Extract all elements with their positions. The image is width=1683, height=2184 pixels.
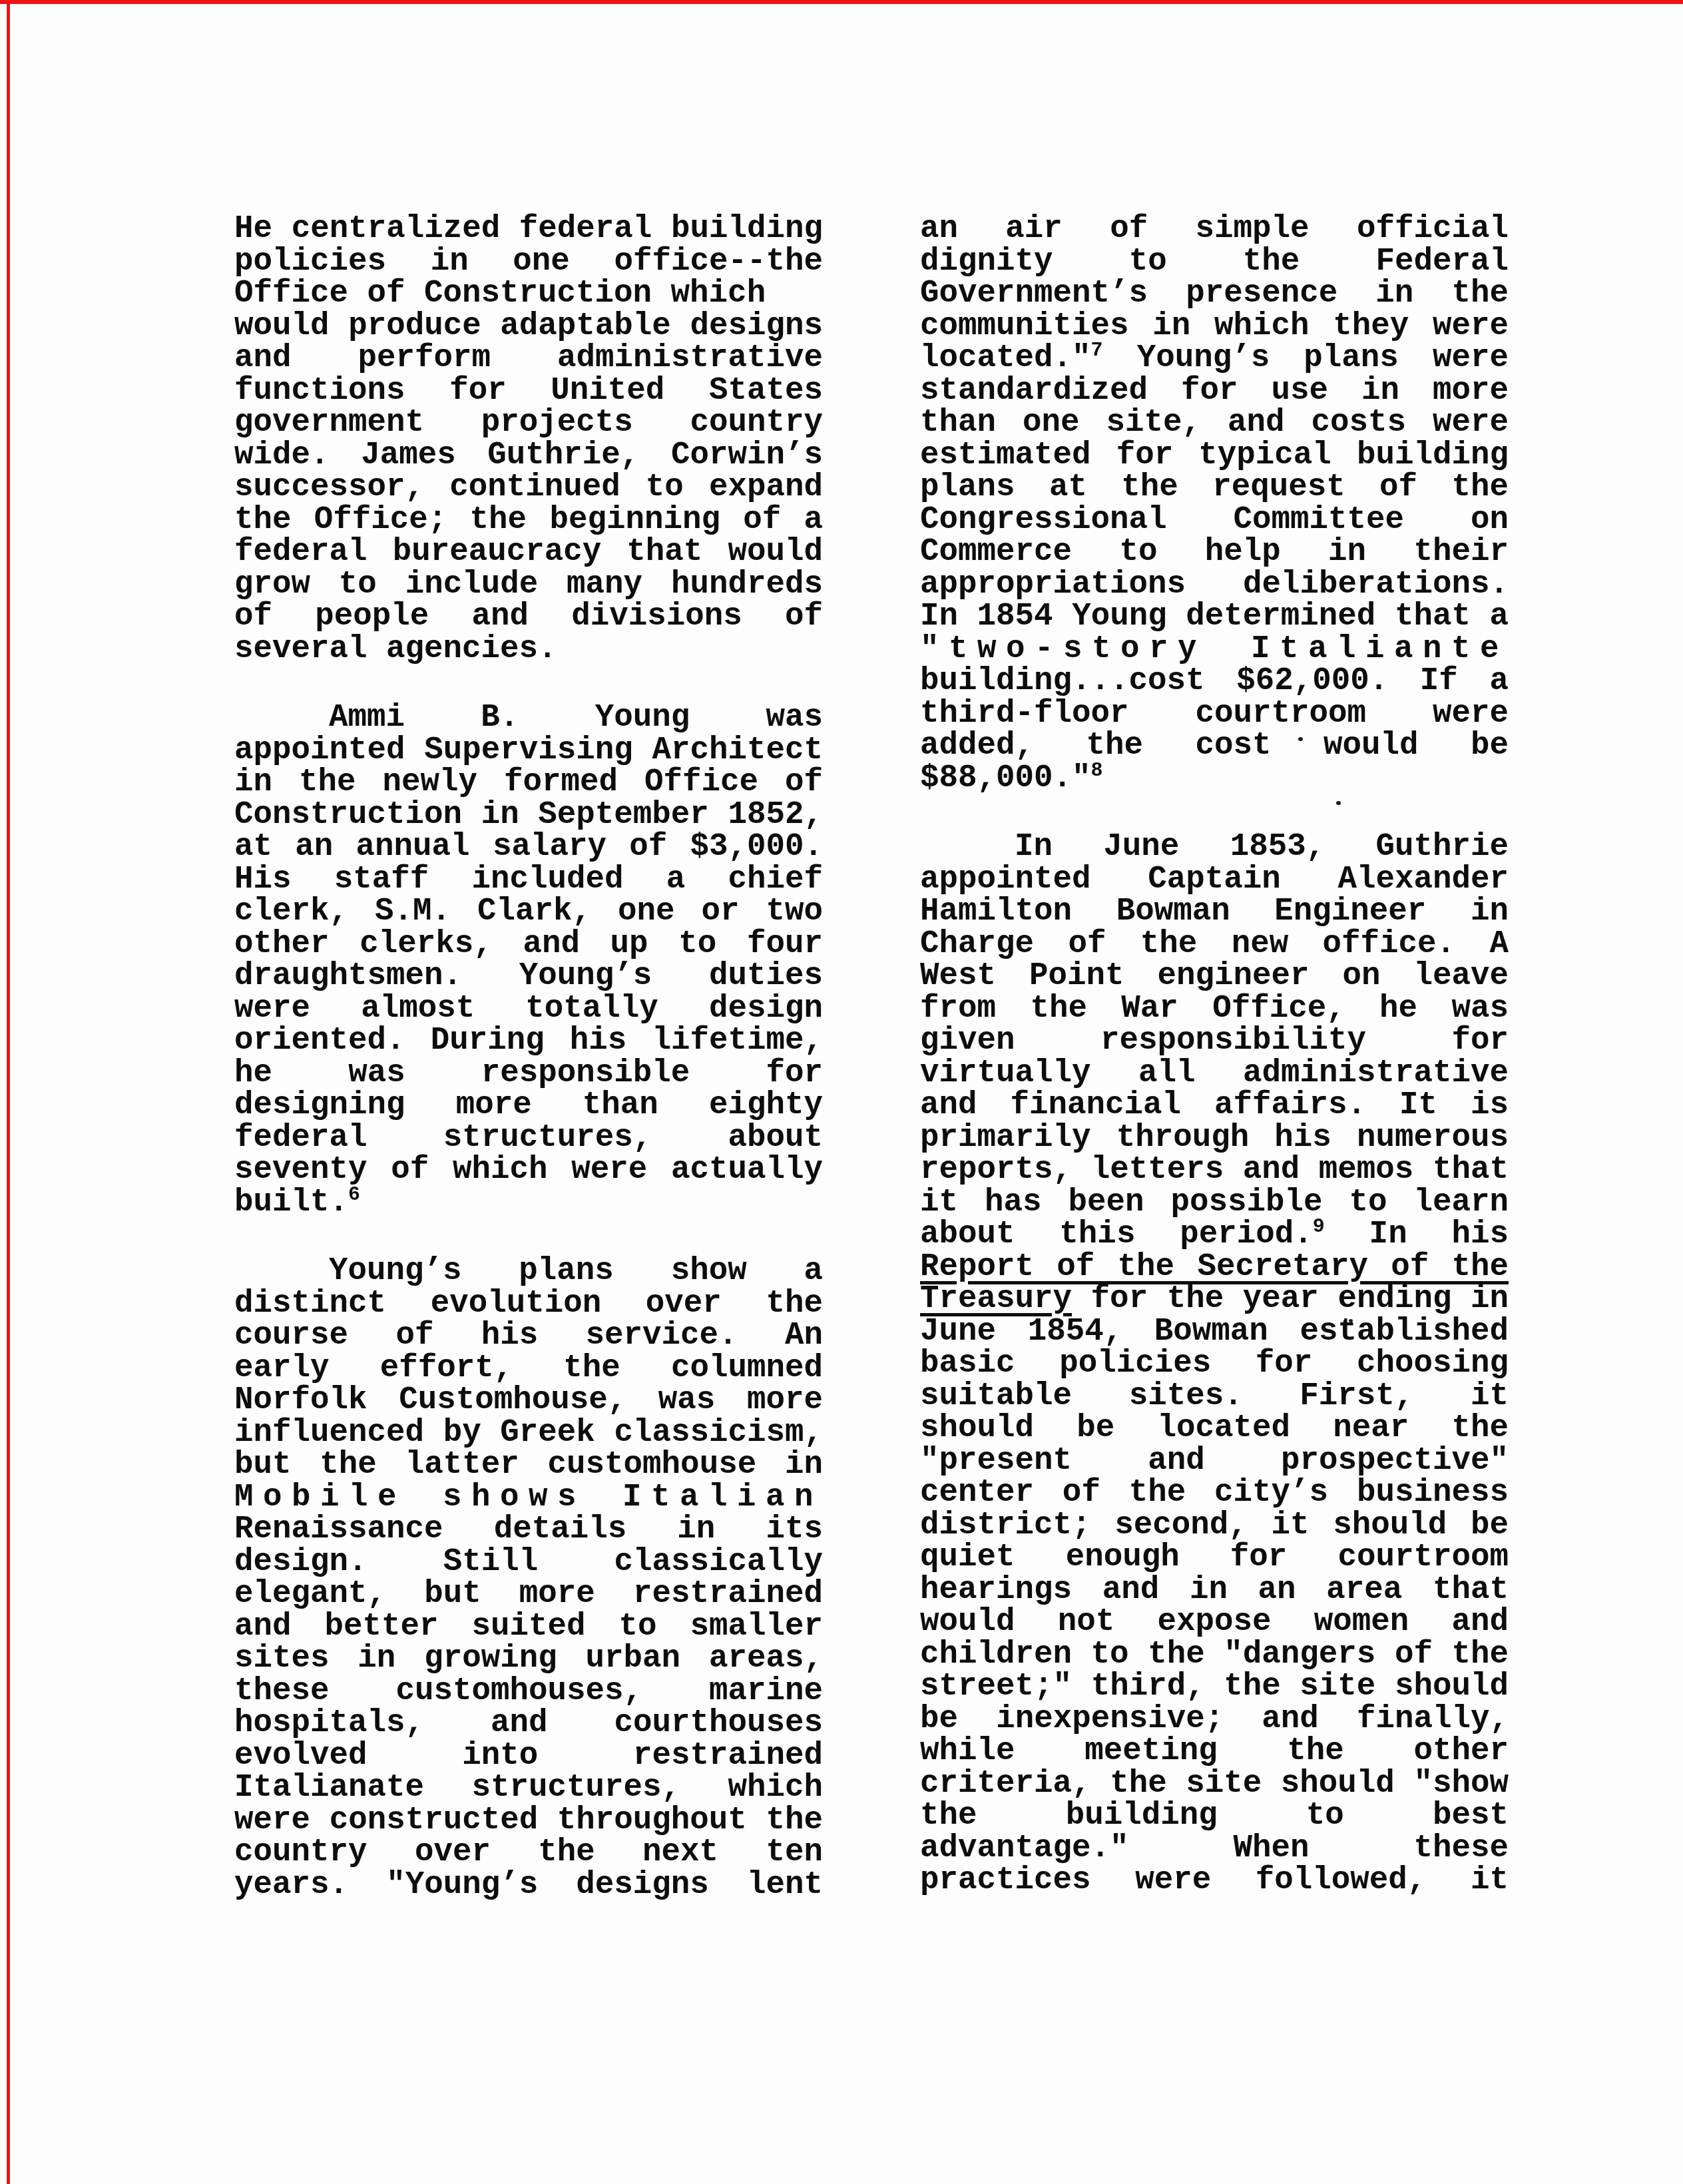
- text-line: years. "Young’s designs lent: [234, 1869, 823, 1902]
- text-line: Treasury for the year ending in: [920, 1283, 1509, 1316]
- footnote-superscript: 7: [1091, 340, 1103, 362]
- text-line: practices were followed, it: [920, 1864, 1509, 1897]
- text-line: estimated for typical building: [920, 439, 1509, 472]
- text-line: were constructed throughout the: [234, 1804, 823, 1837]
- text-line: and financial affairs. It is: [920, 1089, 1509, 1122]
- text-line: designing more than eighty: [234, 1089, 823, 1122]
- text-line: built.6: [234, 1187, 823, 1219]
- blank-line: [234, 665, 823, 702]
- text-line: functions for United States: [234, 375, 823, 408]
- text-line: "two-story Italiante: [920, 633, 1509, 666]
- text-line: seventy of which were actually: [234, 1154, 823, 1187]
- text-line: would produce adaptable designs: [234, 310, 823, 343]
- text-line: center of the city’s business: [920, 1477, 1509, 1509]
- text-line: In 1854 Young determined that a: [920, 601, 1509, 633]
- text-line: influenced by Greek classicism,: [234, 1417, 823, 1450]
- text-line: distinct evolution over the: [234, 1288, 823, 1320]
- text-line: clerk, S.M. Clark, one or two: [234, 896, 823, 928]
- footnote-superscript: 6: [348, 1184, 360, 1207]
- text-line: federal structures, about: [234, 1122, 823, 1155]
- text-line: but the latter customhouse in: [234, 1449, 823, 1482]
- text-line: located."7 Young’s plans were: [920, 342, 1509, 375]
- text-line: about this period.9 In his: [920, 1219, 1509, 1251]
- underlined-text: Report of the Secretary of the: [920, 1249, 1509, 1285]
- text-line: children to the "dangers of the: [920, 1639, 1509, 1671]
- text-segment: $88,000.": [920, 760, 1091, 796]
- text-line: government projects country: [234, 407, 823, 439]
- text-line: dignity to the Federal: [920, 246, 1509, 278]
- text-line: district; second, it should be: [920, 1509, 1509, 1542]
- text-line: suitable sites. First, it: [920, 1380, 1509, 1413]
- document-page: He centralized federal buildingpolicies …: [0, 0, 1683, 2184]
- text-line: oriented. During his lifetime,: [234, 1025, 823, 1057]
- text-line: wide. James Guthrie, Corwin’s: [234, 439, 823, 472]
- text-line: evolved into restrained: [234, 1740, 823, 1773]
- text-line: several agencies.: [234, 633, 823, 666]
- text-line: communities in which they were: [920, 310, 1509, 343]
- text-line: quiet enough for courtroom: [920, 1541, 1509, 1574]
- text-line: In June 1853, Guthrie: [920, 831, 1509, 864]
- text-line: advantage." When these: [920, 1832, 1509, 1865]
- text-line: basic policies for choosing: [920, 1348, 1509, 1380]
- text-line: Report of the Secretary of the: [920, 1251, 1509, 1284]
- text-line: federal bureaucracy that would: [234, 536, 823, 569]
- text-line: appointed Captain Alexander: [920, 864, 1509, 896]
- text-line: than one site, and costs were: [920, 407, 1509, 439]
- text-line: He centralized federal building: [234, 213, 823, 246]
- text-line: early effort, the columned: [234, 1352, 823, 1385]
- text-line: the building to best: [920, 1800, 1509, 1832]
- text-line: virtually all administrative: [920, 1057, 1509, 1090]
- text-line: hearings and in an area that: [920, 1574, 1509, 1607]
- text-line: street;" third, the site should: [920, 1671, 1509, 1703]
- text-line: reports, letters and memos that: [920, 1154, 1509, 1187]
- footnote-superscript: 8: [1091, 760, 1103, 782]
- scan-speck: [1298, 737, 1303, 741]
- text-line: country over the next ten: [234, 1836, 823, 1869]
- text-line: grow to include many hundreds: [234, 569, 823, 601]
- text-line: elegant, but more restrained: [234, 1578, 823, 1611]
- text-segment: for the year ending in: [1072, 1281, 1509, 1317]
- text-line: Commerce to help in their: [920, 536, 1509, 569]
- text-line: were almost totally design: [234, 993, 823, 1025]
- text-line: be inexpensive; and finally,: [920, 1703, 1509, 1736]
- text-column-right: an air of simple officialdignity to the …: [920, 213, 1509, 1897]
- red-scan-edge-top-line: [0, 0, 1683, 4]
- text-line: June 1854, Bowman established: [920, 1316, 1509, 1348]
- text-line: given responsibility for: [920, 1025, 1509, 1057]
- text-line: appropriations deliberations.: [920, 569, 1509, 601]
- text-line: Italianate structures, which: [234, 1772, 823, 1804]
- text-line: West Point engineer on leave: [920, 960, 1509, 993]
- text-line: standardized for use in more: [920, 375, 1509, 408]
- text-line: Office of Construction which: [234, 278, 823, 310]
- text-line: Norfolk Customhouse, was more: [234, 1384, 823, 1417]
- text-line: course of his service. An: [234, 1320, 823, 1352]
- text-line: added, the cost would be: [920, 730, 1509, 762]
- text-line: primarily through his numerous: [920, 1122, 1509, 1155]
- text-column-left: He centralized federal buildingpolicies …: [234, 213, 823, 1901]
- text-line: "present and prospective": [920, 1445, 1509, 1478]
- text-segment: In his: [1325, 1217, 1509, 1252]
- text-line: Ammi B. Young was: [234, 702, 823, 734]
- text-line: plans at the request of the: [920, 471, 1509, 504]
- text-line: Renaissance details in its: [234, 1513, 823, 1546]
- text-segment: about this period.: [920, 1217, 1313, 1252]
- text-line: and perform administrative: [234, 342, 823, 375]
- text-line: hospitals, and courthouses: [234, 1707, 823, 1740]
- text-line: Young’s plans show a: [234, 1255, 823, 1288]
- text-line: Construction in September 1852,: [234, 799, 823, 832]
- text-line: while meeting the other: [920, 1735, 1509, 1768]
- text-line: of people and divisions of: [234, 601, 823, 633]
- text-line: other clerks, and up to four: [234, 928, 823, 961]
- text-line: design. Still classically: [234, 1546, 823, 1579]
- text-line: Government’s presence in the: [920, 278, 1509, 310]
- text-line: and better suited to smaller: [234, 1611, 823, 1643]
- text-line: $88,000."8: [920, 762, 1509, 795]
- text-line: draughtsmen. Young’s duties: [234, 960, 823, 993]
- text-line: an air of simple official: [920, 213, 1509, 246]
- text-line: successor, continued to expand: [234, 471, 823, 504]
- text-line: policies in one office--the: [234, 246, 823, 278]
- text-segment: built.: [234, 1185, 348, 1221]
- text-line: appointed Supervising Architect: [234, 734, 823, 767]
- text-segment: Young’s plans were: [1103, 340, 1509, 376]
- text-line: Congressional Committee on: [920, 504, 1509, 537]
- text-line: in the newly formed Office of: [234, 766, 823, 799]
- blank-line: [920, 794, 1509, 831]
- text-line: it has been possible to learn: [920, 1187, 1509, 1219]
- blank-line: [234, 1219, 823, 1255]
- text-line: criteria, the site should "show: [920, 1768, 1509, 1800]
- text-segment: located.": [920, 340, 1091, 376]
- text-line: at an annual salary of $3,000.: [234, 831, 823, 864]
- scan-speck: [1336, 801, 1341, 805]
- text-line: the Office; the beginning of a: [234, 504, 823, 537]
- text-line: would not expose women and: [920, 1606, 1509, 1639]
- text-line: third-floor courtroom were: [920, 698, 1509, 730]
- text-line: His staff included a chief: [234, 864, 823, 896]
- text-line: from the War Office, he was: [920, 993, 1509, 1025]
- text-line: Hamilton Bowman Engineer in: [920, 896, 1509, 928]
- text-line: he was responsible for: [234, 1057, 823, 1090]
- text-line: these customhouses, marine: [234, 1675, 823, 1708]
- text-line: building...cost $62,000. If a: [920, 665, 1509, 698]
- scan-speck: [1349, 1319, 1353, 1322]
- text-line: Charge of the new office. A: [920, 928, 1509, 961]
- underlined-text: Treasury: [920, 1281, 1072, 1317]
- footnote-superscript: 9: [1313, 1216, 1325, 1238]
- text-line: Mobile shows Italian: [234, 1482, 823, 1514]
- text-line: sites in growing urban areas,: [234, 1643, 823, 1675]
- red-scan-edge-left-line: [7, 0, 10, 2184]
- text-line: should be located near the: [920, 1412, 1509, 1445]
